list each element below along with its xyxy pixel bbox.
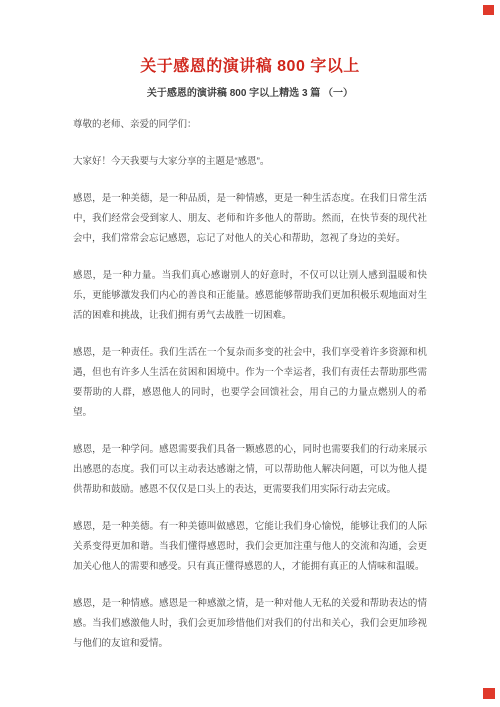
paragraph-greeting: 尊敬的老师、亲爱的同学们： bbox=[73, 115, 427, 135]
document-page: 关于感恩的演讲稿 800 字以上 关于感恩的演讲稿 800 字以上精选 3 篇 … bbox=[0, 0, 500, 707]
page-subtitle: 关于感恩的演讲稿 800 字以上精选 3 篇 （一） bbox=[0, 87, 500, 101]
paragraph-strength: 感恩，是一种力量。当我们真心感谢别人的好意时，不仅可以让别人感到温暖和快乐，更能… bbox=[73, 266, 427, 326]
red-corner-mark-bottom-icon bbox=[483, 688, 495, 699]
document-body: 尊敬的老师、亲爱的同学们： 大家好！今天我要与大家分享的主题是“感恩”。 感恩，… bbox=[73, 115, 427, 654]
paragraph-duty: 感恩，是一种责任。我们生活在一个复杂而多变的社会中，我们享受着许多资源和机遇，但… bbox=[73, 343, 427, 423]
paragraph-opening: 大家好！今天我要与大家分享的主题是“感恩”。 bbox=[73, 152, 427, 172]
paragraph-emotion: 感恩，是一种情感。感恩是一种感激之情，是一种对他人无私的关爱和帮助表达的情感。当… bbox=[73, 594, 427, 654]
paragraph-virtue: 感恩，是一种美德，是一种品质，是一种情感，更是一种生活态度。在我们日常生活中，我… bbox=[73, 189, 427, 249]
red-corner-mark-top-icon bbox=[483, 5, 494, 15]
paragraph-learning: 感恩，是一种学问。感恩需要我们具备一颗感恩的心，同时也需要我们的行动来展示出感恩… bbox=[73, 440, 427, 500]
page-title: 关于感恩的演讲稿 800 字以上 bbox=[0, 0, 500, 78]
paragraph-harmony: 感恩，是一种美德。有一种美德叫做感恩，它能让我们身心愉悦，能够让我们的人际关系变… bbox=[73, 517, 427, 577]
